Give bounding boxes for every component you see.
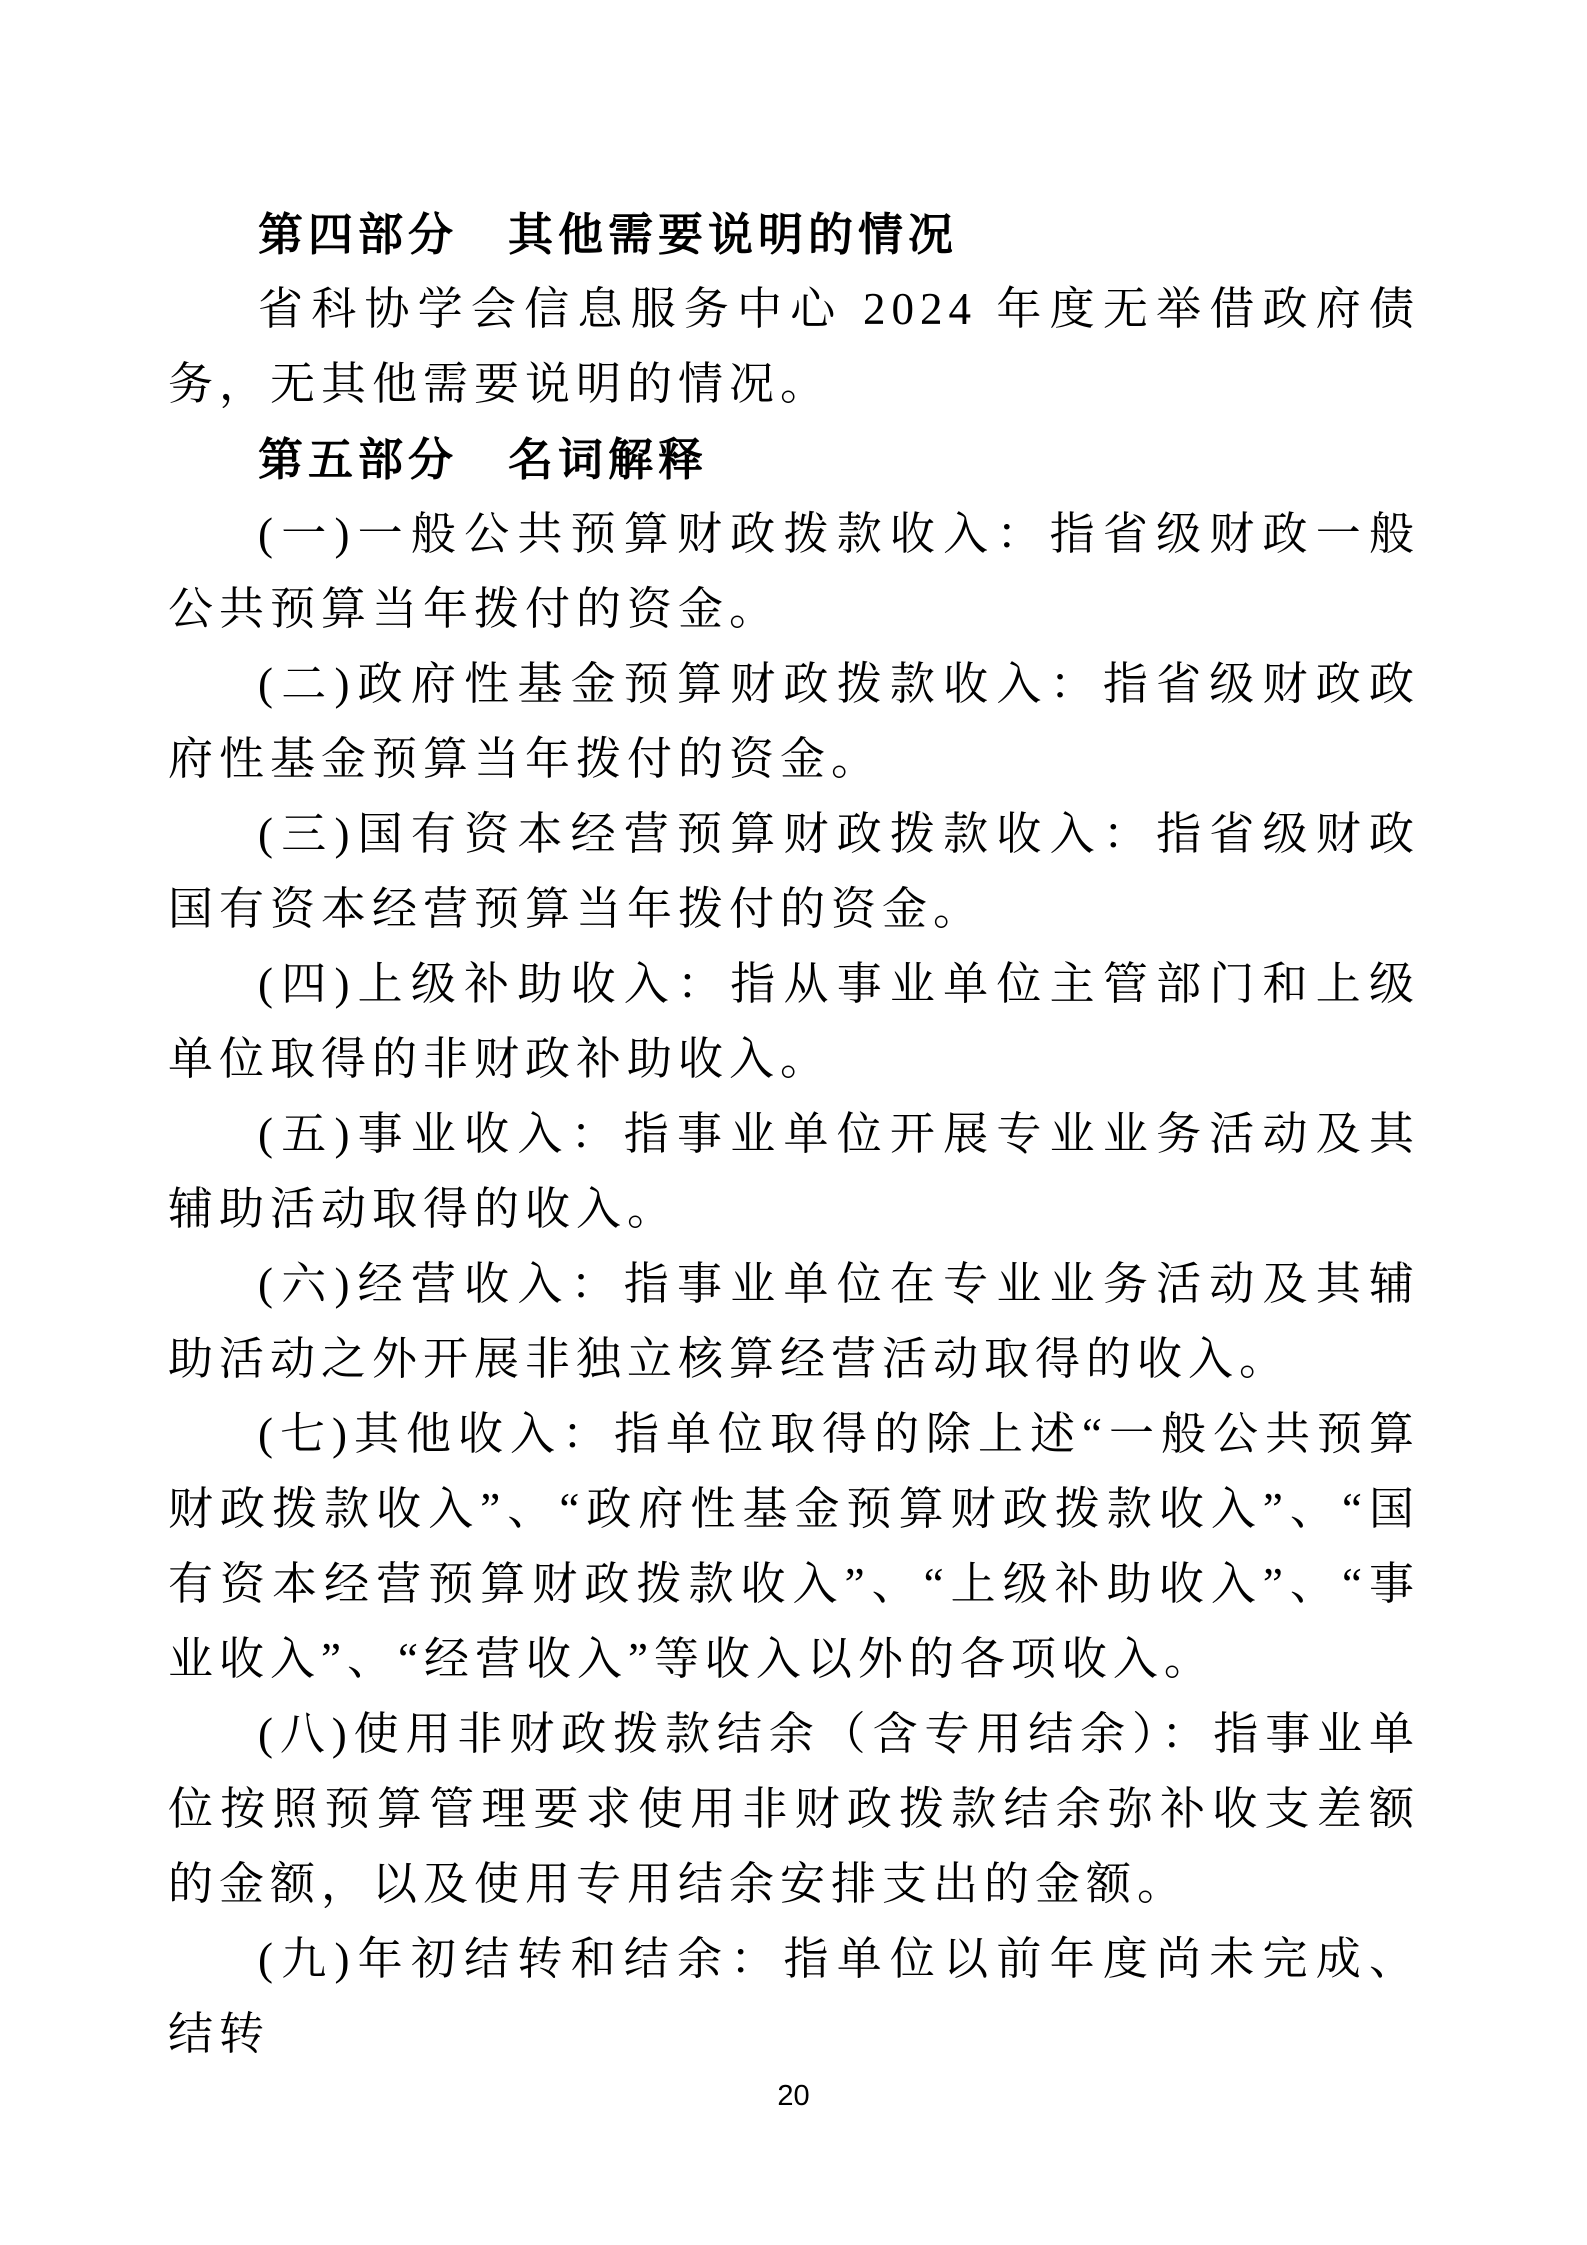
glossary-item-4: (四)上级补助收入：指从事业单位主管部门和上级单位取得的非财政补助收入。: [168, 947, 1420, 1097]
page-footer: 20: [0, 2078, 1587, 2114]
glossary-item-6: (六)经营收入：指事业单位在专业业务活动及其辅助活动之外开展非独立核算经营活动取…: [168, 1247, 1420, 1397]
glossary-item-1: (一)一般公共预算财政拨款收入：指省级财政一般公共预算当年拨付的资金。: [168, 497, 1420, 647]
glossary-item-2: (二)政府性基金预算财政拨款收入：指省级财政政府性基金预算当年拨付的资金。: [168, 647, 1420, 797]
glossary-item-3: (三)国有资本经营预算财政拨款收入：指省级财政国有资本经营预算当年拨付的资金。: [168, 797, 1420, 947]
glossary-item-5: (五)事业收入：指事业单位开展专业业务活动及其辅助活动取得的收入。: [168, 1097, 1420, 1247]
document-body: 第四部分 其他需要说明的情况 省科协学会信息服务中心 2024 年度无举借政府债…: [168, 197, 1420, 2072]
glossary-item-7: (七)其他收入：指单位取得的除上述“一般公共预算财政拨款收入”、“政府性基金预算…: [168, 1397, 1420, 1697]
glossary-item-8: (八)使用非财政拨款结余（含专用结余）：指事业单位按照预算管理要求使用非财政拨款…: [168, 1697, 1420, 1922]
section-heading-part4: 第四部分 其他需要说明的情况: [168, 197, 1420, 272]
paragraph-part4-body: 省科协学会信息服务中心 2024 年度无举借政府债务，无其他需要说明的情况。: [168, 272, 1420, 422]
glossary-item-9: (九)年初结转和结余：指单位以前年度尚未完成、结转: [168, 1922, 1420, 2072]
section-heading-part5: 第五部分 名词解释: [168, 422, 1420, 497]
document-page: 第四部分 其他需要说明的情况 省科协学会信息服务中心 2024 年度无举借政府债…: [0, 0, 1587, 2245]
page-number: 20: [777, 2080, 809, 2112]
